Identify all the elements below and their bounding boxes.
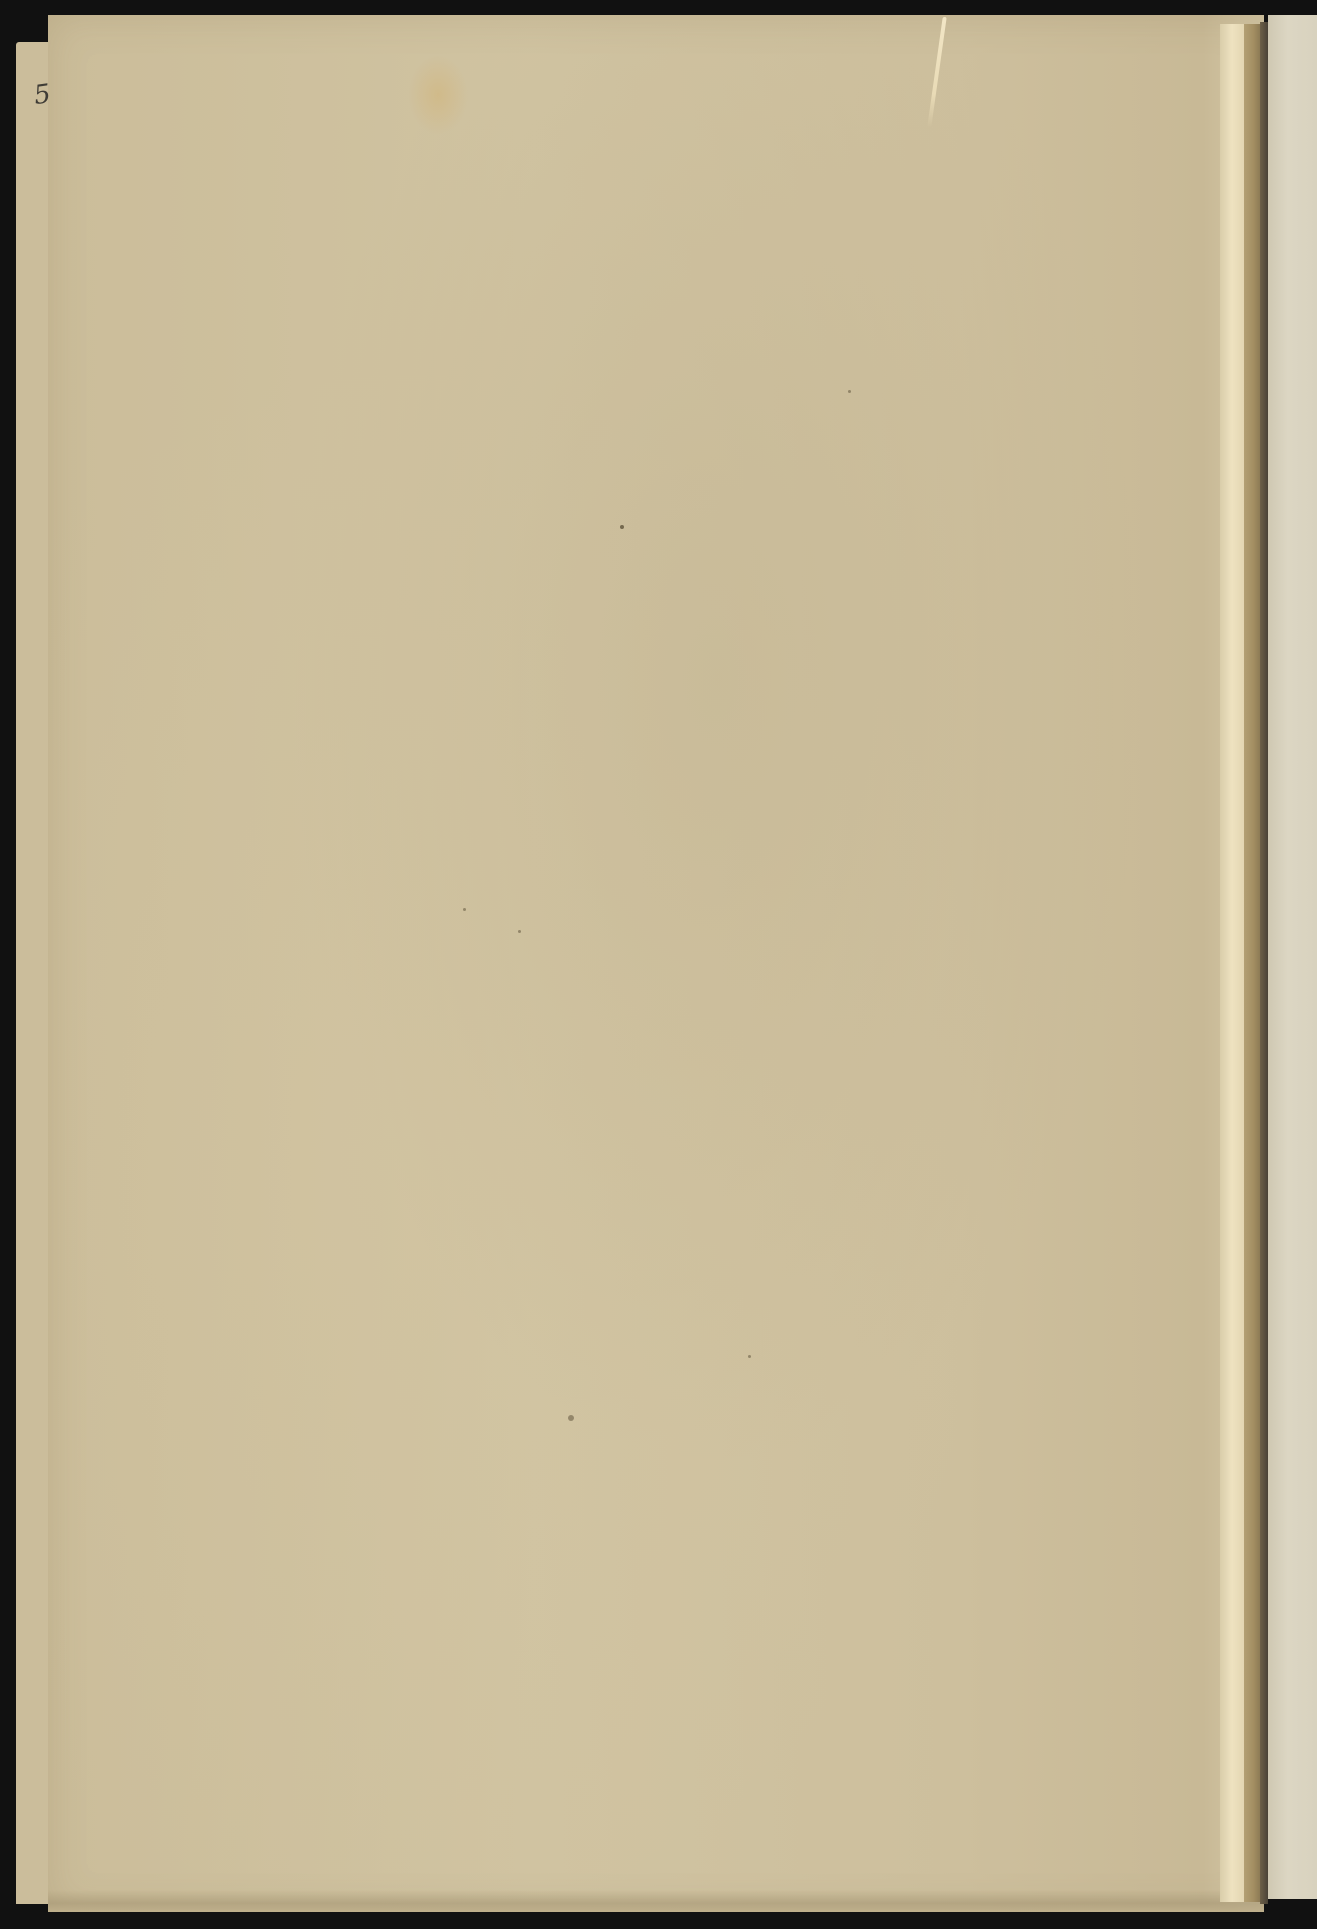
- speck: [568, 1415, 574, 1421]
- gutter-edge: [1244, 24, 1260, 1902]
- paper-stain: [408, 55, 468, 135]
- speck: [620, 525, 624, 529]
- speck: [518, 930, 521, 933]
- facing-page: [1268, 15, 1317, 1899]
- speck: [463, 908, 466, 911]
- speck: [848, 390, 851, 393]
- book-page: [48, 15, 1264, 1912]
- speck: [748, 1355, 751, 1358]
- binding-shadow: [1260, 22, 1268, 1904]
- gutter-fold: [1220, 24, 1244, 1902]
